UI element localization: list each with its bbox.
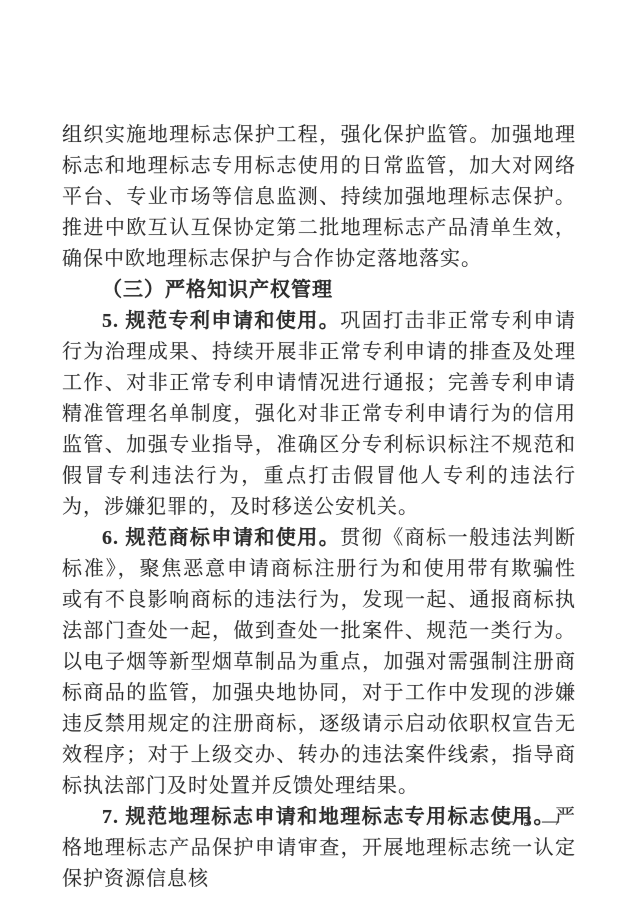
numbered-paragraph-6-body: 贯彻《商标一般违法判断标准》，聚焦恶意申请商标注册行为和使用带有欺骗性或有不良影… bbox=[62, 527, 576, 797]
numbered-paragraph-5-body: 巩固打击非正常专利申请行为治理成果、持续开展非正常专利申请的排查及处理工作、对非… bbox=[62, 310, 576, 518]
document-page: 组织实施地理标志保护工程，强化保护监管。加强地理标志和地理标志专用标志使用的日常… bbox=[0, 0, 636, 900]
numbered-paragraph-7-lead: 7. 规范地理标志申请和地理标志专用标志使用。 bbox=[102, 806, 555, 828]
numbered-paragraph-6-lead: 6. 规范商标申请和使用。 bbox=[102, 527, 340, 549]
continuation-paragraph-text: 组织实施地理标志保护工程，强化保护监管。加强地理标志和地理标志专用标志使用的日常… bbox=[62, 124, 576, 270]
section-heading: （三）严格知识产权管理 bbox=[62, 275, 576, 306]
page-number: — 3 — bbox=[496, 805, 562, 836]
numbered-paragraph-6: 6. 规范商标申请和使用。贯彻《商标一般违法判断标准》，聚焦恶意申请商标注册行为… bbox=[62, 523, 576, 802]
numbered-paragraph-5-lead: 5. 规范专利申请和使用。 bbox=[102, 310, 340, 332]
numbered-paragraph-5: 5. 规范专利申请和使用。巩固打击非正常专利申请行为治理成果、持续开展非正常专利… bbox=[62, 306, 576, 523]
continuation-paragraph: 组织实施地理标志保护工程，强化保护监管。加强地理标志和地理标志专用标志使用的日常… bbox=[62, 120, 576, 275]
